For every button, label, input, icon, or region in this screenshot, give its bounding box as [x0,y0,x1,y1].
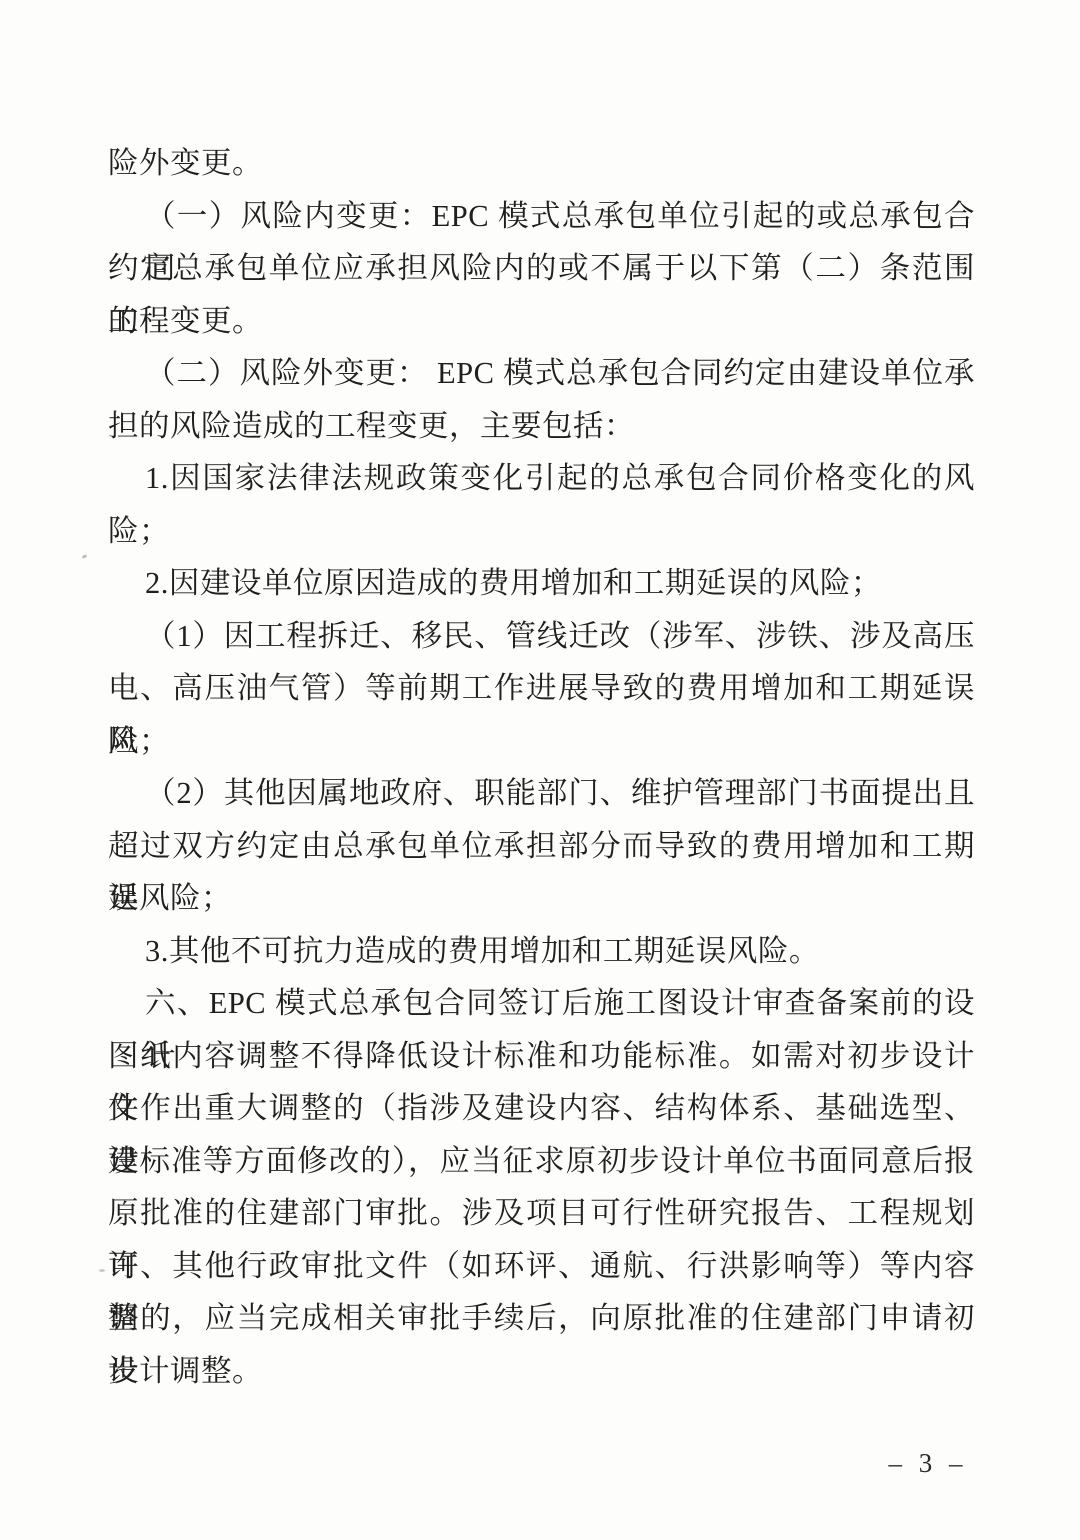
document-line: （二）风险外变更： EPC 模式总承包合同约定由建设单位承 [108,347,975,400]
document-line: 担的风险造成的工程变更，主要包括： [108,400,975,453]
document-line: 1.因国家法律法规政策变化引起的总承包合同价格变化的风 [108,452,975,505]
document-line: （2）其他因属地政府、职能部门、维护管理部门书面提出且 [108,767,975,820]
page-number: – 3 – [873,1448,983,1479]
scan-speck [82,554,88,559]
document-line: 图纸内容调整不得降低设计标准和功能标准。如需对初步设计文 [108,1030,975,1083]
document-line: （1）因工程拆迁、移民、管线迁改（涉军、涉铁、涉及高压 [108,610,975,663]
document-line: 险外变更。 [108,137,975,190]
document-line: 可、其他行政审批文件（如环评、通航、行洪影响等）等内容调 [108,1240,975,1293]
document-line: 误风险； [108,872,975,925]
document-line: 2.因建设单位原因造成的费用增加和工期延误的风险； [108,557,975,610]
document-line: 设计调整。 [108,1345,975,1398]
document-line: 超过双方约定由总承包单位承担部分而导致的费用增加和工期延 [108,820,975,873]
document-line: 3.其他不可抗力造成的费用增加和工期延误风险。 [108,925,975,978]
document-body: 险外变更。（一）风险内变更：EPC 模式总承包单位引起的或总承包合同约定总承包单… [108,137,975,1397]
document-page: 险外变更。（一）风险内变更：EPC 模式总承包单位引起的或总承包合同约定总承包单… [0,0,1080,1540]
document-line: 六、EPC 模式总承包合同签订后施工图设计审查备案前的设计 [108,977,975,1030]
document-line: 件作出重大调整的（指涉及建设内容、结构体系、基础选型、建 [108,1082,975,1135]
document-line: （一）风险内变更：EPC 模式总承包单位引起的或总承包合同 [108,190,975,243]
document-line: 原批准的住建部门审批。涉及项目可行性研究报告、工程规划许 [108,1187,975,1240]
document-line: 电、高压油气管）等前期工作进展导致的费用增加和工期延误风 [108,662,975,715]
document-line: 险； [108,715,975,768]
document-line: 险； [108,505,975,558]
document-line: 整的，应当完成相关审批手续后，向原批准的住建部门申请初步 [108,1292,975,1345]
document-line: 工程变更。 [108,295,975,348]
scan-speck [99,1269,105,1272]
document-line: 约定总承包单位应承担风险内的或不属于以下第（二）条范围的 [108,242,975,295]
document-line: 设标准等方面修改的），应当征求原初步设计单位书面同意后报 [108,1135,975,1188]
